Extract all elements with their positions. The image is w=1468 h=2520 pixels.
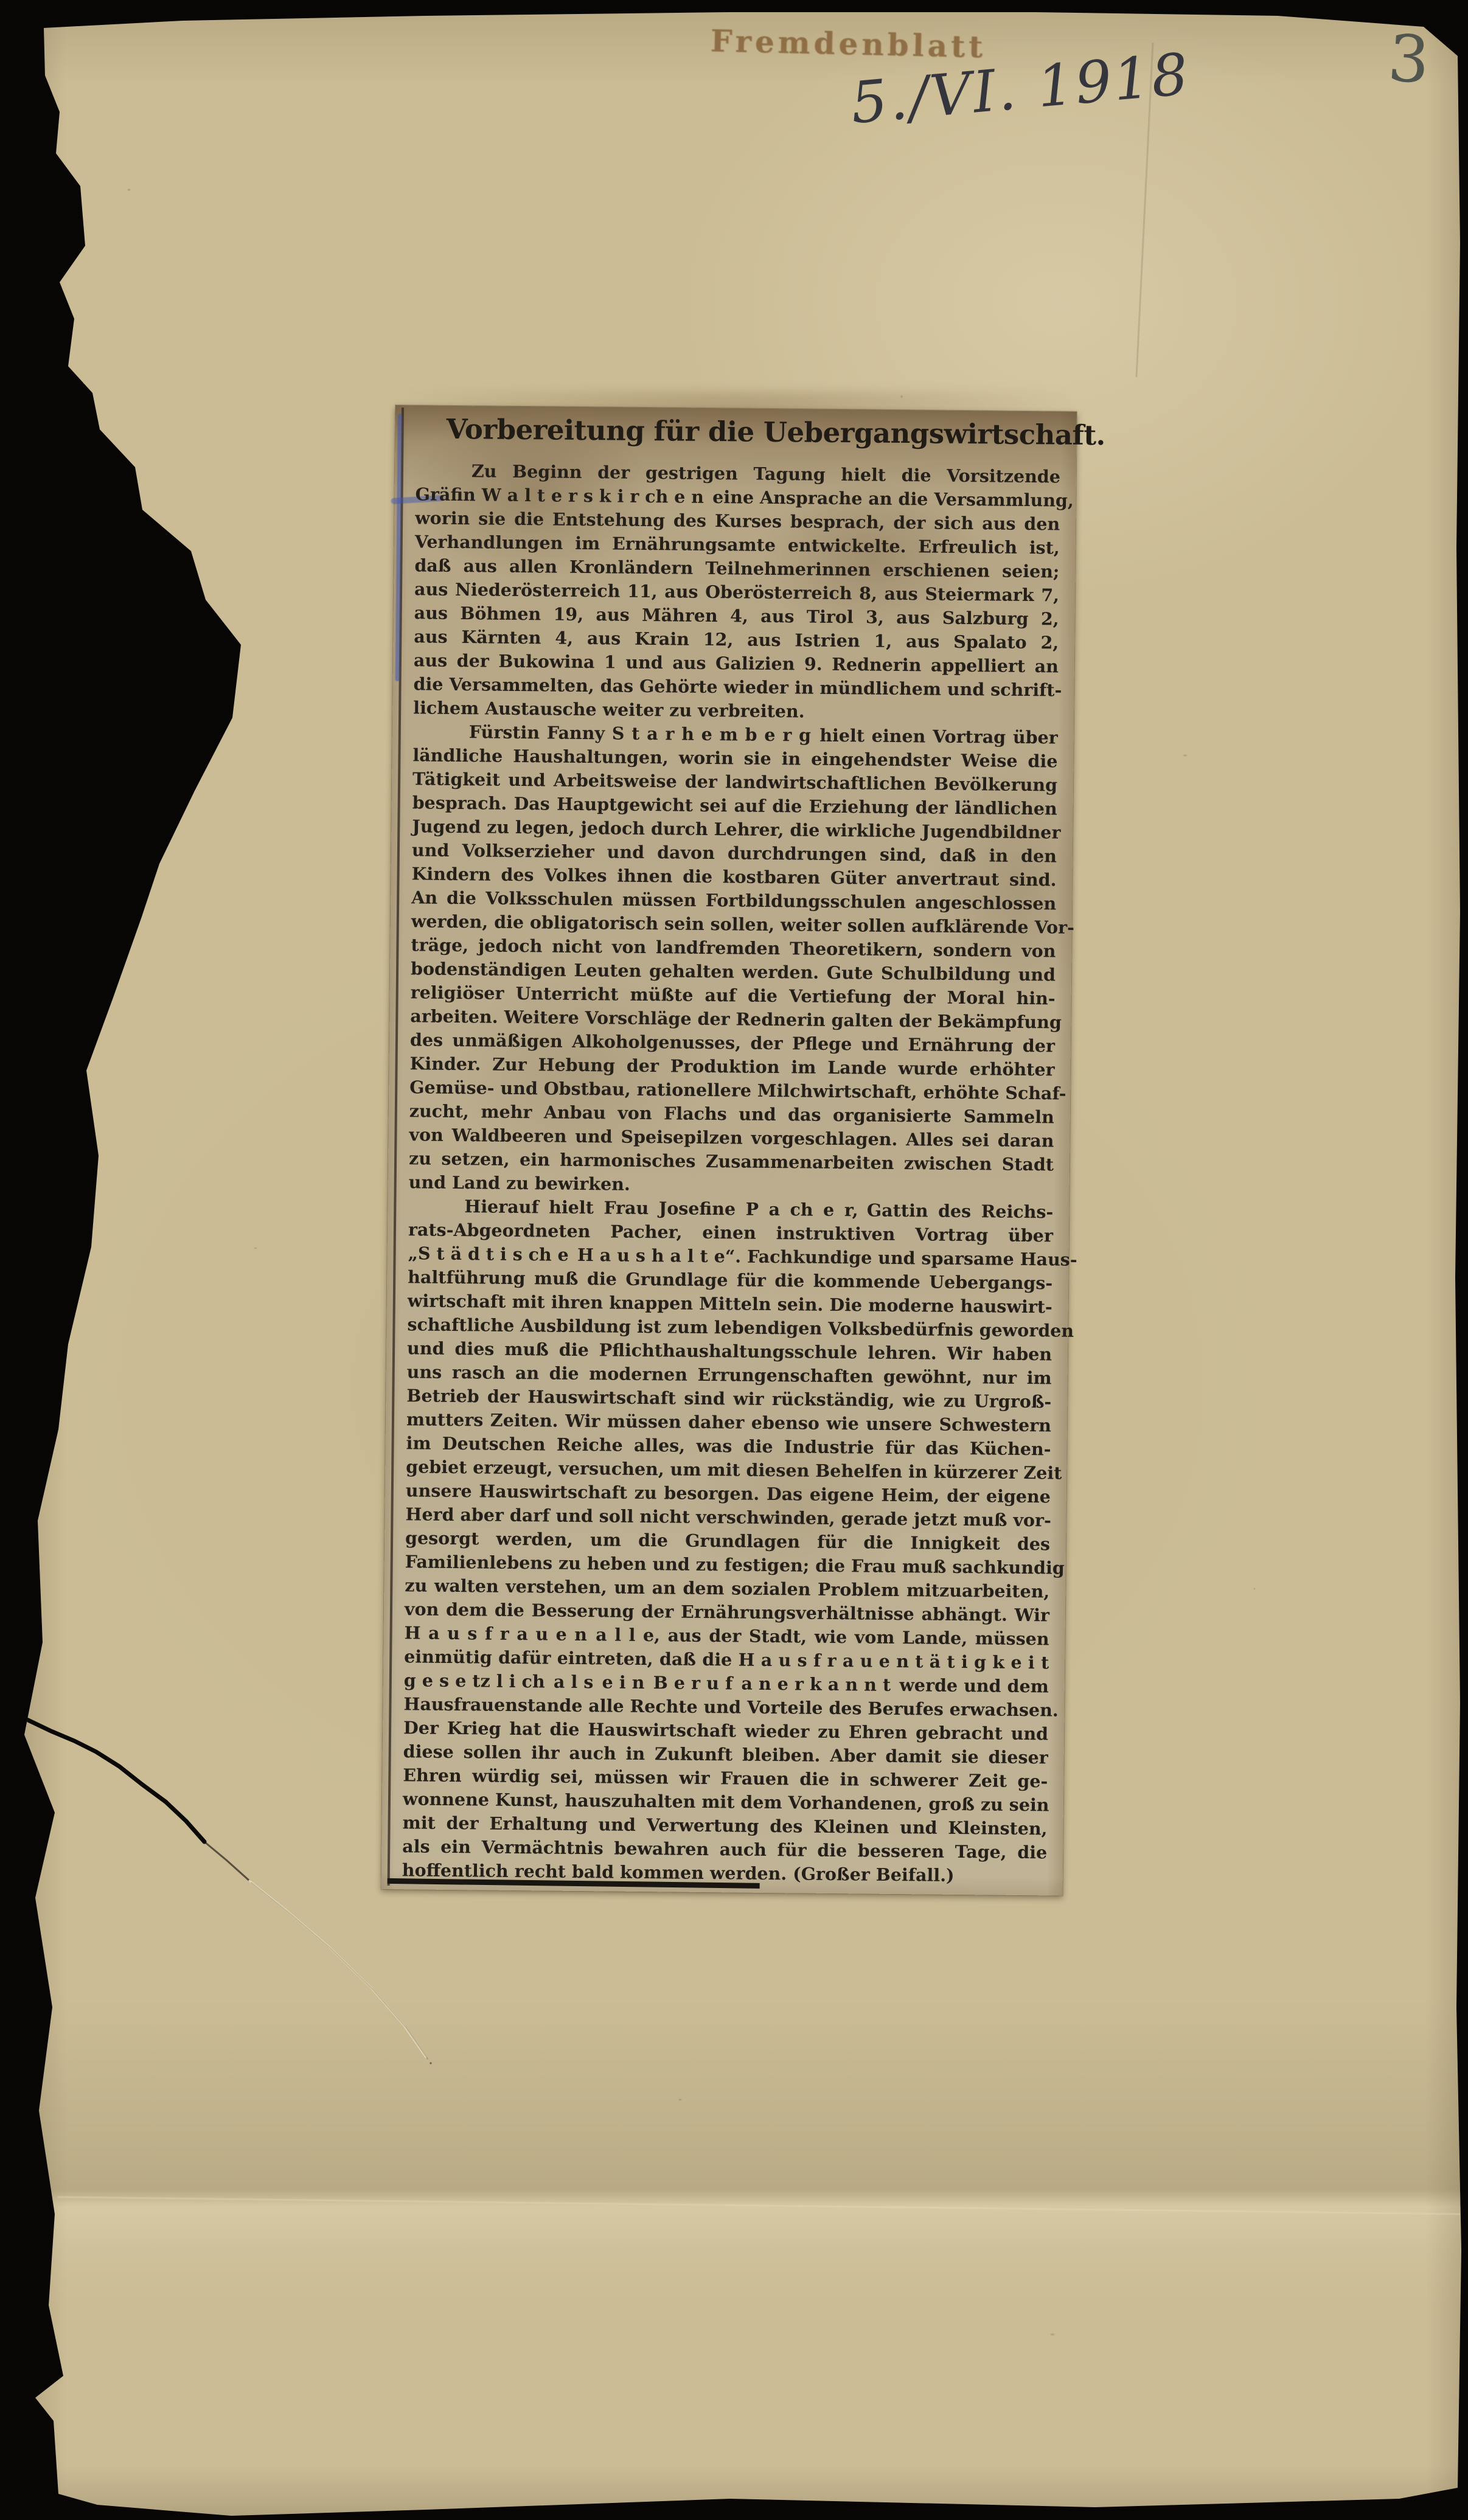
paper-sheet: Fremdenblatt 5./VI. 1918 3 Vorbereitung …: [0, 0, 1468, 2520]
clipping-body: Zu Beginn der gestrigen Tagung hielt die…: [402, 459, 1060, 1888]
paragraph: Zu Beginn der gestrigen Tagung hielt die…: [413, 459, 1060, 726]
paragraph: Fürstin Fanny S t a r h e m b e r g hiel…: [409, 720, 1058, 1200]
article-title: Vorbereitung für die Uebergangswirtschaf…: [446, 413, 1070, 451]
newspaper-clipping: Vorbereitung für die Uebergangswirtschaf…: [381, 405, 1077, 1896]
newspaper-name-stamp: Fremdenblatt: [710, 23, 966, 64]
paragraph: Hierauf hielt Frau Josefine P a ch e r, …: [402, 1194, 1054, 1888]
photographed-archive-sheet: Fremdenblatt 5./VI. 1918 3 Vorbereitung …: [0, 0, 1468, 2520]
handwritten-page-number: 3: [1386, 21, 1432, 98]
